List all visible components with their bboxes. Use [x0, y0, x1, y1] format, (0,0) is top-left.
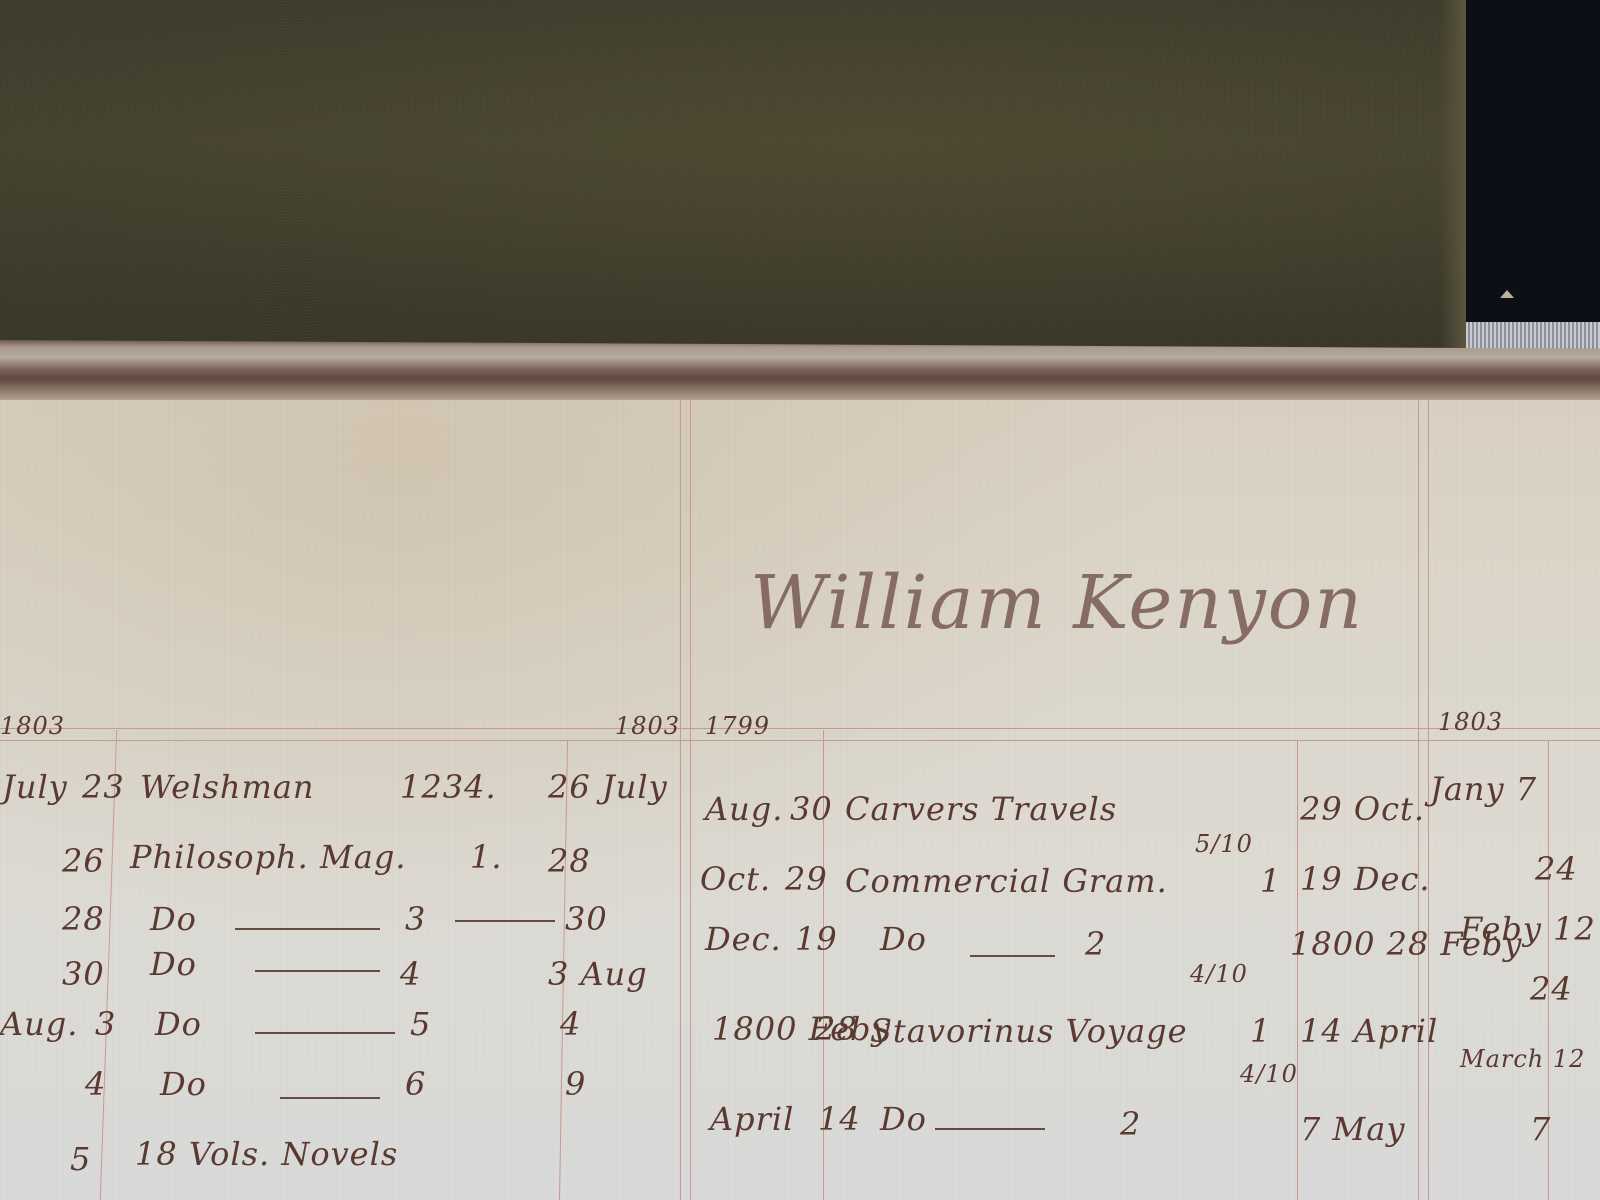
- entry-title: Do: [150, 945, 197, 983]
- entry-day: 30: [62, 955, 105, 993]
- entry-vol: 2: [1120, 1105, 1141, 1143]
- entry-title: Do: [880, 920, 927, 958]
- left-year: 1803: [0, 712, 65, 740]
- entry-returned: 7 May: [1300, 1110, 1405, 1148]
- right-return-year: 1803: [1438, 708, 1503, 736]
- entry-month: April: [710, 1100, 794, 1138]
- ditto-dash: [280, 1097, 380, 1099]
- ditto-dash: [255, 970, 380, 972]
- entry-title: Do: [160, 1065, 207, 1103]
- entry-day: 14: [818, 1100, 861, 1138]
- entry-title: Welshman: [140, 768, 315, 806]
- entry-returned: 4: [560, 1005, 581, 1043]
- entry-title: Stavorinus Voyage: [870, 1012, 1188, 1050]
- rule-right-return: [1297, 740, 1298, 1200]
- entry-day: 5: [70, 1140, 91, 1178]
- entry-title: Do: [150, 900, 197, 938]
- entry-day: 23: [82, 768, 125, 806]
- far-right-date: March 12: [1460, 1045, 1585, 1073]
- header-rule-top: [0, 728, 1600, 729]
- speck-mark: [1500, 290, 1514, 298]
- entry-fine: 4/10: [1240, 1060, 1298, 1088]
- entry-returned: 26 July: [548, 768, 668, 806]
- entry-title: Philosoph. Mag.: [130, 838, 407, 876]
- rule-center-a: [680, 400, 681, 1200]
- entry-vol: 1.: [470, 838, 503, 876]
- entry-title: Commercial Gram.: [845, 862, 1168, 900]
- far-right-date: 24: [1530, 970, 1573, 1008]
- entry-month: 1800 Feby: [712, 1010, 891, 1048]
- entry-vol: 2: [1085, 925, 1106, 963]
- entry-vol: 3: [405, 900, 426, 938]
- entry-day: 4: [85, 1065, 106, 1103]
- book-page-edges: [0, 340, 1600, 402]
- entry-title: Do: [880, 1100, 927, 1138]
- rule-far-right-b: [1428, 400, 1429, 1200]
- far-right-date: Jany 7: [1430, 770, 1537, 808]
- rule-center-b: [690, 400, 691, 1200]
- entry-returned: 29 Oct.: [1300, 790, 1425, 828]
- entry-vol: 6: [405, 1065, 426, 1103]
- entry-returned: 30: [565, 900, 608, 938]
- entry-vol: 1: [1250, 1012, 1271, 1050]
- entry-returned: 14 April: [1300, 1012, 1438, 1050]
- far-right-date: Feby 12: [1460, 910, 1596, 948]
- entry-fine: 5/10: [1195, 830, 1253, 858]
- ditto-dash: [235, 928, 380, 930]
- entry-month: Oct.: [700, 860, 771, 898]
- entry-returned: 3 Aug: [548, 955, 648, 993]
- entry-title: Carvers Travels: [845, 790, 1117, 828]
- entry-fine: 4/10: [1190, 960, 1248, 988]
- entry-month: Dec.: [705, 920, 782, 958]
- left-return-year: 1803: [615, 712, 680, 740]
- entry-month: July: [2, 768, 68, 806]
- entry-returned: 19 Dec.: [1300, 860, 1431, 898]
- entry-day: 3: [95, 1005, 116, 1043]
- far-right-date: 24: [1535, 850, 1578, 888]
- entry-vol: 1: [1260, 862, 1281, 900]
- entry-month: Aug.: [705, 790, 783, 828]
- far-right-date: 7: [1530, 1110, 1551, 1148]
- entry-day: 29: [785, 860, 828, 898]
- ditto-dash: [255, 1032, 395, 1034]
- entry-returned: 9: [565, 1065, 586, 1103]
- ditto-dash: [455, 920, 555, 922]
- header-rule-bottom: [0, 740, 1600, 741]
- entry-day: 19: [795, 920, 838, 958]
- entry-day: 28: [62, 900, 105, 938]
- entry-day: 30: [790, 790, 833, 828]
- entry-vol: 1234.: [400, 768, 497, 806]
- entry-vol: 4: [400, 955, 421, 993]
- entry-returned: 28: [548, 842, 591, 880]
- ditto-dash: [970, 955, 1055, 957]
- felt-edge: [1440, 0, 1466, 355]
- right-year: 1799: [705, 712, 770, 740]
- entry-vol: 5: [410, 1005, 431, 1043]
- ditto-dash: [935, 1128, 1045, 1130]
- felt-background: [0, 0, 1466, 355]
- entry-day: 28: [815, 1010, 858, 1048]
- entry-day: 26: [62, 842, 105, 880]
- entry-title: Do: [155, 1005, 202, 1043]
- ledger-heading: William Kenyon: [750, 560, 1364, 646]
- dark-background-panel: [1466, 0, 1600, 322]
- entry-month: Aug.: [0, 1005, 78, 1043]
- entry-title: 18 Vols. Novels: [135, 1135, 398, 1173]
